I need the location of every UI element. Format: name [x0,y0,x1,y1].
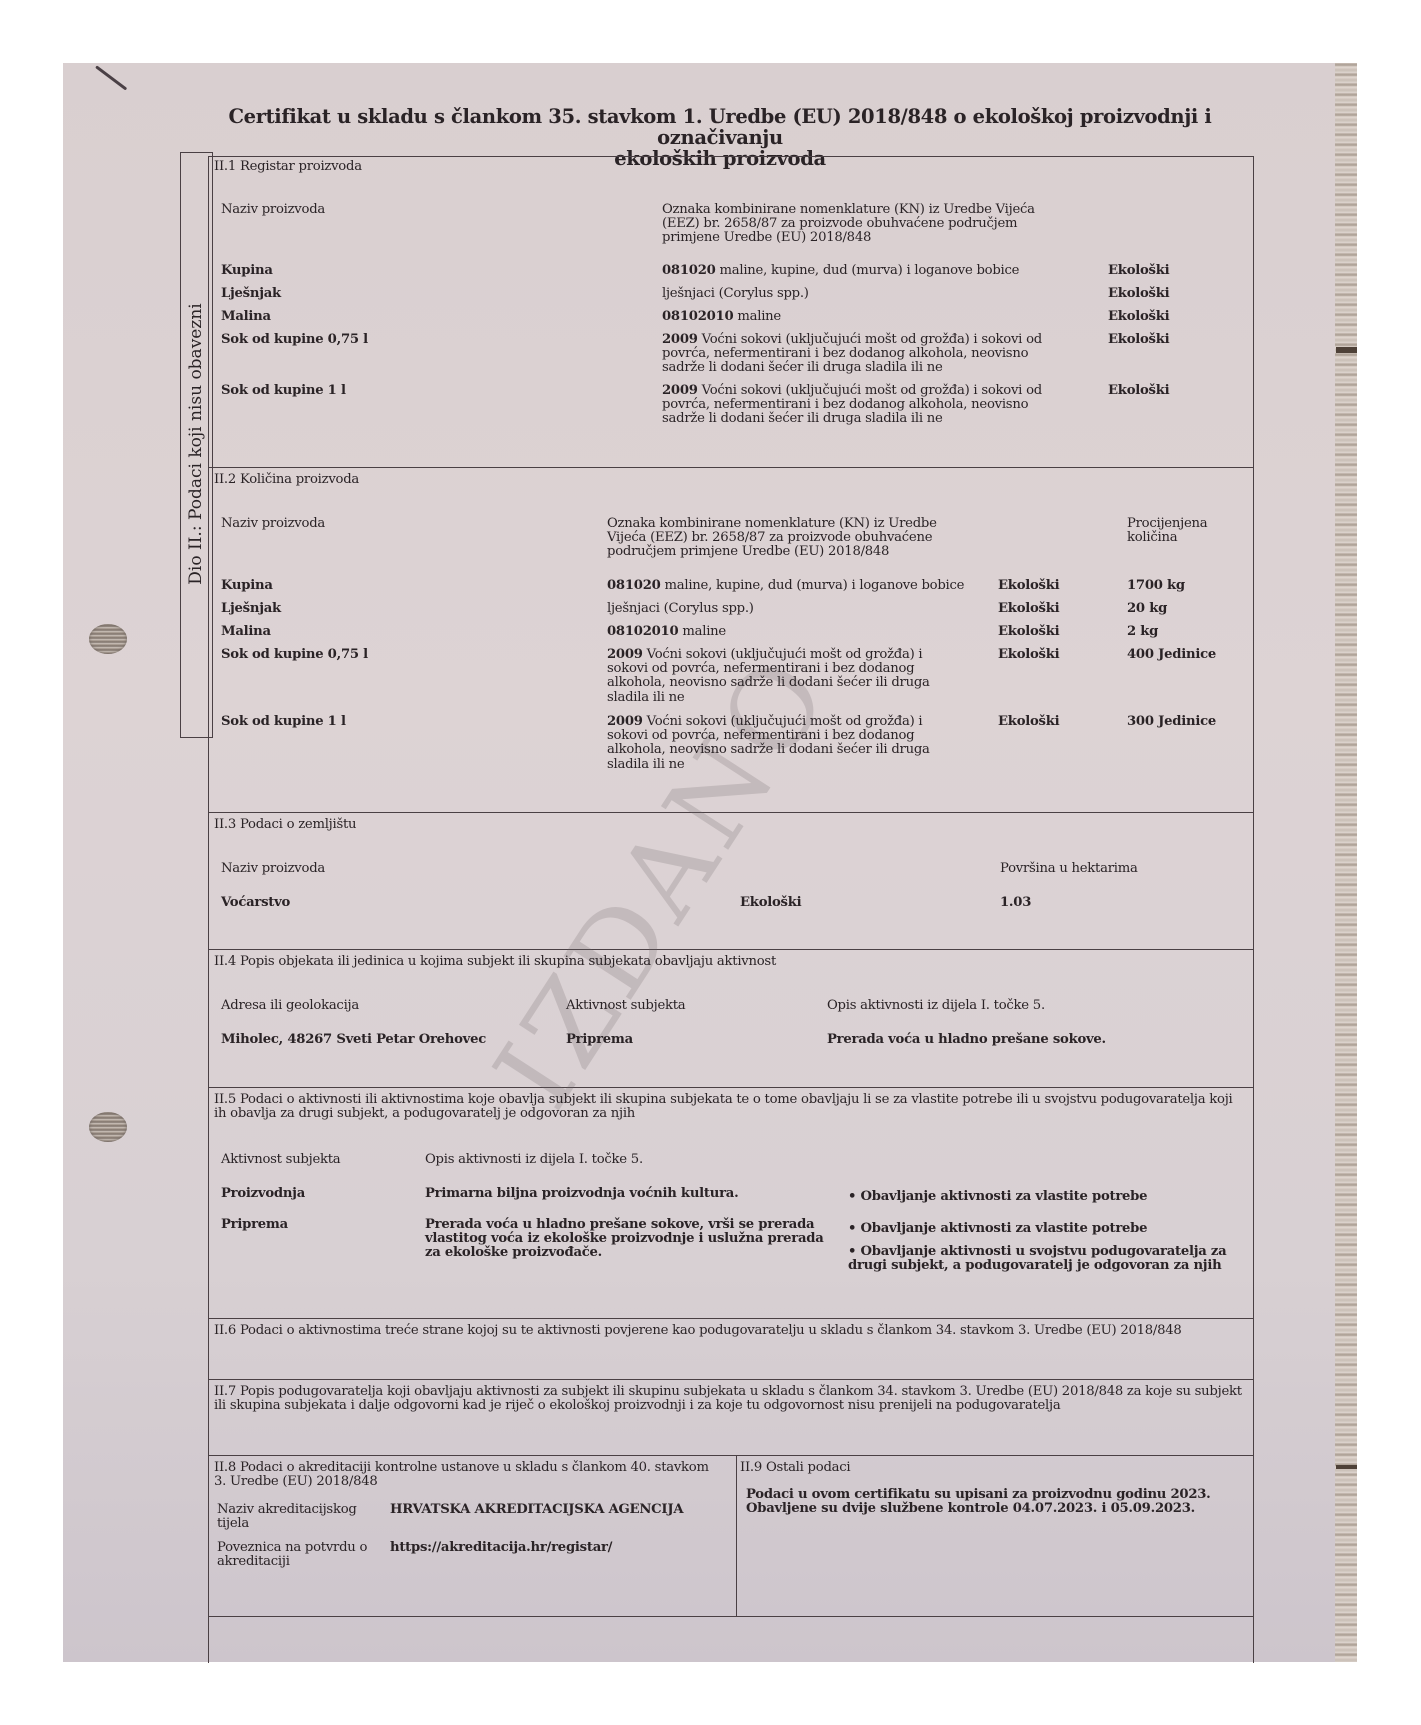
product-name: Sok od kupine 1 l [221,384,346,398]
section-divider [208,467,1254,468]
paper-edge-mark [1336,347,1357,353]
column-header-address: Adresa ili geolokacija [221,999,359,1013]
land-name: Voćarstvo [221,896,290,910]
column-header-kn: Oznaka kombinirane nomenklature (KN) iz … [607,517,977,560]
status-label: Ekološki [1108,264,1169,278]
accreditation-body-label: Naziv akreditacijskog tijela [217,1503,382,1531]
title-line-1: Certifikat u skladu s člankom 35. stavko… [190,106,1250,148]
product-name: Sok od kupine 0,75 l [221,648,368,662]
activity-note: • Obavljanje aktivnosti u svojstvu podug… [848,1245,1228,1273]
activity-note: • Obavljanje aktivnosti za vlastite potr… [848,1190,1147,1204]
quantity-value: 20 kg [1127,602,1167,616]
accreditation-body-value: HRVATSKA AKREDITACIJSKA AGENCIJA [390,1503,683,1517]
section-heading: II.4 Popis objekata ili jedinica u kojim… [214,955,776,969]
column-header-kn: Oznaka kombinirane nomenklature (KN) iz … [662,203,1062,246]
column-header-activity: Aktivnost subjekta [221,1153,340,1167]
product-name: Malina [221,625,271,639]
kn-code-desc: 2009 Voćni sokovi (uključujući mošt od g… [607,648,962,705]
other-info-line: Obavljene su dvije službene kontrole 04.… [746,1502,1195,1516]
status-label: Ekološki [998,602,1059,616]
section-divider [208,812,1254,813]
column-header-name: Naziv proizvoda [221,517,325,531]
punch-hole [89,1112,127,1142]
section-heading: II.9 Ostali podaci [740,1461,850,1475]
kn-code-desc: 081020 maline, kupine, dud (murva) i log… [607,579,964,593]
kn-code-desc: 2009 Voćni sokovi (uključujući mošt od g… [662,384,1074,427]
activity-name: Priprema [221,1218,288,1232]
quantity-value: 2 kg [1127,625,1158,639]
section-divider [208,1455,1254,1456]
section-divider [208,1379,1254,1380]
product-name: Sok od kupine 1 l [221,715,346,729]
kn-code-desc: lješnjaci (Corylus spp.) [662,287,809,301]
accreditation-link-label: Poveznica na potvrdu o akreditaciji [217,1541,382,1569]
paper-edge-mark [1336,1465,1357,1469]
section-divider [208,1616,1254,1617]
product-name: Lješnjak [221,287,281,301]
kn-code-desc: 2009 Voćni sokovi (uključujući mošt od g… [607,715,962,772]
product-name: Malina [221,310,271,324]
column-header-quantity: Procijenjena količina [1127,517,1227,545]
product-name: Sok od kupine 0,75 l [221,333,368,347]
activity-description: Prerada voća u hladno prešane sokove, vr… [425,1218,840,1261]
status-label: Ekološki [1108,310,1169,324]
section-heading: II.7 Popis podugovaratelja koji obavljaj… [214,1385,1249,1413]
quantity-value: 400 Jedinice [1127,648,1216,662]
kn-code-desc: 2009 Voćni sokovi (uključujući mošt od g… [662,333,1074,376]
status-label: Ekološki [1108,333,1169,347]
paper-edge-stack [1335,63,1357,1662]
section-heading: II.1 Registar proizvoda [214,160,362,174]
status-label: Ekološki [998,715,1059,729]
area-value: 1.03 [1000,896,1031,910]
facility-description: Prerada voća u hladno prešane sokove. [827,1033,1106,1047]
facility-activity: Priprema [566,1033,633,1047]
section-heading: II.3 Podaci o zemljištu [214,818,356,832]
status-label: Ekološki [998,625,1059,639]
section-divider [208,1318,1254,1319]
activity-note: • Obavljanje aktivnosti za vlastite potr… [848,1222,1147,1236]
section-heading: II.5 Podaci o aktivnosti ili aktivnostim… [214,1093,1244,1121]
section-divider [208,949,1254,950]
column-header-name: Naziv proizvoda [221,862,325,876]
status-label: Ekološki [1108,287,1169,301]
section-divider [208,1087,1254,1088]
quantity-value: 1700 kg [1127,579,1185,593]
column-header-description: Opis aktivnosti iz dijela I. točke 5. [827,999,1045,1013]
product-name: Kupina [221,579,273,593]
section-heading: II.6 Podaci o aktivnostima treće strane … [214,1324,1182,1338]
section-heading: II.2 Količina proizvoda [214,473,359,487]
quantity-value: 300 Jedinice [1127,715,1216,729]
kn-code-desc: 08102010 maline [662,310,781,324]
column-divider [736,1455,737,1616]
kn-code-desc: lješnjaci (Corylus spp.) [607,602,754,616]
activity-name: Proizvodnja [221,1187,305,1201]
column-header-description: Opis aktivnosti iz dijela I. točke 5. [425,1153,643,1167]
column-header-activity: Aktivnost subjekta [566,999,685,1013]
status-label: Ekološki [740,896,801,910]
punch-hole [89,624,127,654]
facility-address: Miholec, 48267 Sveti Petar Orehovec [221,1033,486,1047]
column-header-area: Površina u hektarima [1000,862,1138,876]
kn-code-desc: 081020 maline, kupine, dud (murva) i log… [662,264,1019,278]
section-heading: II.8 Podaci o akreditaciji kontrolne ust… [214,1461,714,1489]
kn-code-desc: 08102010 maline [607,625,726,639]
product-name: Kupina [221,264,273,278]
accreditation-link[interactable]: https://akreditacija.hr/registar/ [390,1541,612,1555]
status-label: Ekološki [1108,384,1169,398]
column-header-name: Naziv proizvoda [221,203,325,217]
product-name: Lješnjak [221,602,281,616]
status-label: Ekološki [998,579,1059,593]
status-label: Ekološki [998,648,1059,662]
side-label: Dio II.: Podaci koji nisu obavezni [186,303,206,584]
activity-description: Primarna biljna proizvodnja voćnih kultu… [425,1187,738,1201]
